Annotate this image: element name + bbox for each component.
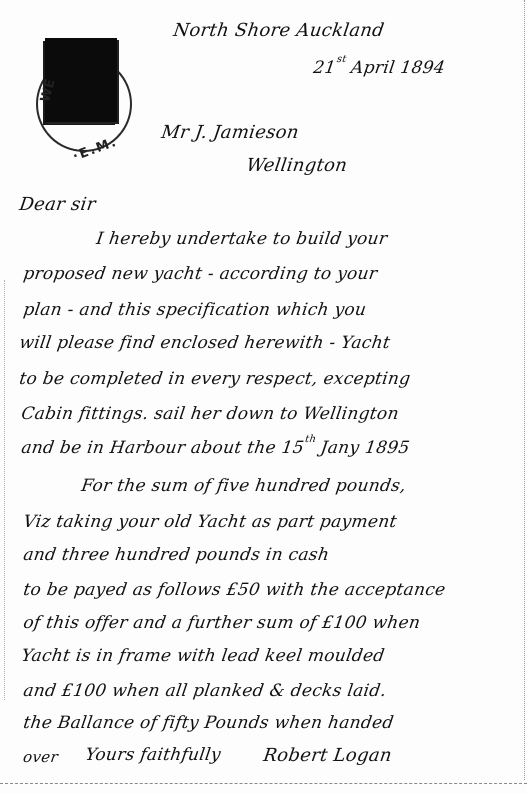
body-line-4: will please find enclosed herewith - Yac… [18, 333, 391, 353]
closing: Yours faithfully [84, 745, 222, 765]
body-line-12: of this offer and a further sum of £100 … [22, 613, 422, 633]
closing-prefix: over [22, 748, 59, 766]
body-line-7: and be in Harbour about the 15th Jany 18… [20, 438, 411, 458]
page-edge-right [523, 0, 525, 780]
body-line-7-text: and be in Harbour about the 15 [20, 438, 305, 458]
body-line-1: I hereby undertake to build your [95, 229, 389, 249]
body-line-5: to be completed in every respect, except… [18, 369, 412, 389]
letter-page: WE ·E.M. North Shore Auckland 21st April… [0, 0, 527, 794]
salutation: Dear sir [18, 194, 97, 215]
body-line-10: and three hundred pounds in cash [22, 545, 331, 565]
date-day: 21 [312, 58, 337, 78]
date-month-year: April 1894 [350, 58, 447, 78]
body-line-14: and £100 when all planked & decks laid. [22, 681, 388, 701]
body-line-2: proposed new yacht - according to your [22, 264, 379, 284]
harbour-date-rest: Jany 1895 [319, 438, 411, 458]
body-line-15: the Ballance of fifty Pounds when handed [22, 713, 395, 733]
page-edge-bottom [0, 782, 527, 784]
harbour-date-suffix: th [304, 434, 317, 445]
recipient-name: Mr J. Jamieson [160, 122, 300, 143]
sender-address: North Shore Auckland [172, 20, 386, 41]
body-line-3: plan - and this specification which you [22, 300, 368, 320]
body-line-9: Viz taking your old Yacht as part paymen… [22, 512, 398, 532]
body-line-11: to be payed as follows £50 with the acce… [22, 580, 447, 600]
body-line-6: Cabin fittings. sail her down to Welling… [20, 404, 400, 424]
signature: Robert Logan [262, 745, 393, 766]
body-line-13: Yacht is in frame with lead keel moulded [20, 646, 386, 666]
page-edge-left [4, 280, 6, 700]
date-day-suffix: st [336, 54, 347, 65]
body-line-8: For the sum of five hundred pounds, [80, 476, 407, 496]
recipient-city: Wellington [245, 155, 349, 176]
letter-date: 21st April 1894 [312, 58, 446, 78]
